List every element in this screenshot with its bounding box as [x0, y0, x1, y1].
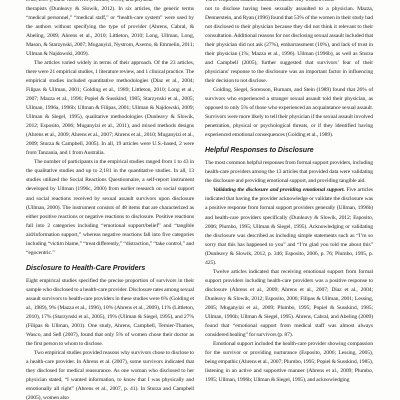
body-paragraph: Emotional support included the health-ca… [205, 340, 373, 385]
body-paragraph: Two empirical studies provided reasons w… [26, 349, 194, 400]
body-paragraph: not to disclose having been sexually ass… [205, 5, 373, 86]
right-column: Three empirical studies indicated reason… [205, 0, 373, 400]
section-heading-disclosure: Disclosure to Health-Care Providers [26, 264, 194, 273]
journal-page: et al., 2007), nurse-midwives (Plumbo, 1… [0, 0, 400, 400]
body-paragraph: The most common helpful responses from f… [205, 159, 373, 186]
body-paragraph: The number of participants in the empiri… [26, 158, 194, 258]
runin-body: Five articles indicated that having the … [205, 187, 373, 265]
left-column: et al., 2007), nurse-midwives (Plumbo, 1… [26, 0, 194, 400]
section-heading-helpful-responses: Helpful Responses to Disclosure [205, 146, 373, 155]
body-paragraph: therapists (Dunleavy & Slowik, 2012). In… [26, 5, 194, 59]
body-paragraph: Golding, Siegel, Sorenson, Burnam, and S… [205, 86, 373, 140]
runin-heading: Validating the disclosure and providing … [213, 187, 345, 193]
body-paragraph: Eight empirical studies specified the pr… [26, 277, 194, 349]
body-paragraph: The articles varied widely in terms of t… [26, 59, 194, 159]
body-paragraph: Validating the disclosure and providing … [205, 186, 373, 267]
body-paragraph: Twelve articles indicated that receiving… [205, 268, 373, 340]
